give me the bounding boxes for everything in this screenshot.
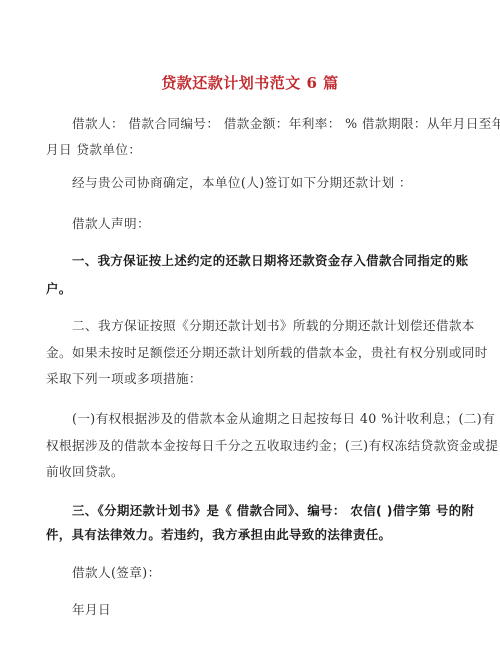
clause-2-line-1: 二、我方保证按照《分期还款计划书》所载的分期还款计划偿还借款本 bbox=[72, 316, 492, 336]
measures-line-3: 前收回贷款。 bbox=[46, 462, 466, 482]
clause-2-line-3: 采取下列一项或多项措施： bbox=[46, 369, 466, 389]
document-page: 贷款还款计划书范文 6 篇 借款人： 借款合同编号： 借款金额：年利率： % 借… bbox=[0, 0, 500, 657]
declaration-heading: 借款人声明： bbox=[72, 214, 492, 234]
document-title: 贷款还款计划书范文 6 篇 bbox=[0, 72, 500, 94]
intro-line: 经与贵公司协商确定，本单位(人)签订如下分期还款计划 ： bbox=[72, 173, 492, 193]
measures-line-1: (一)有权根据涉及的借款本金从逾期之日起按每日 40 %计收利息；(二)有 bbox=[72, 409, 492, 429]
clause-3-line-1: 三、《分期还款计划书》是《 借款合同》、编号： 农信( )借字第 号的附 bbox=[72, 501, 492, 521]
header-fields-line-2: 月日 贷款单位： bbox=[46, 140, 466, 160]
clause-1-line-2: 户。 bbox=[46, 279, 466, 299]
clause-3-line-2: 件，具有法律效力。若违约，我方承担由此导致的法律责任。 bbox=[46, 525, 466, 545]
measures-line-2: 权根据涉及的借款本金按每日千分之五收取违约金；(三)有权冻结贷款资金或提 bbox=[46, 436, 466, 456]
date-line: 年月日 bbox=[72, 600, 492, 620]
signature-line: 借款人(签章)： bbox=[72, 563, 492, 583]
clause-1-line-1: 一、我方保证按上述约定的还款日期将还款资金存入借款合同指定的账 bbox=[72, 251, 492, 271]
header-fields-line-1: 借款人： 借款合同编号： 借款金额：年利率： % 借款期限：从年月日至年 bbox=[72, 114, 492, 134]
clause-2-line-2: 金。如果未按时足额偿还分期还款计划所载的借款本金，贵社有权分别或同时 bbox=[46, 343, 466, 363]
